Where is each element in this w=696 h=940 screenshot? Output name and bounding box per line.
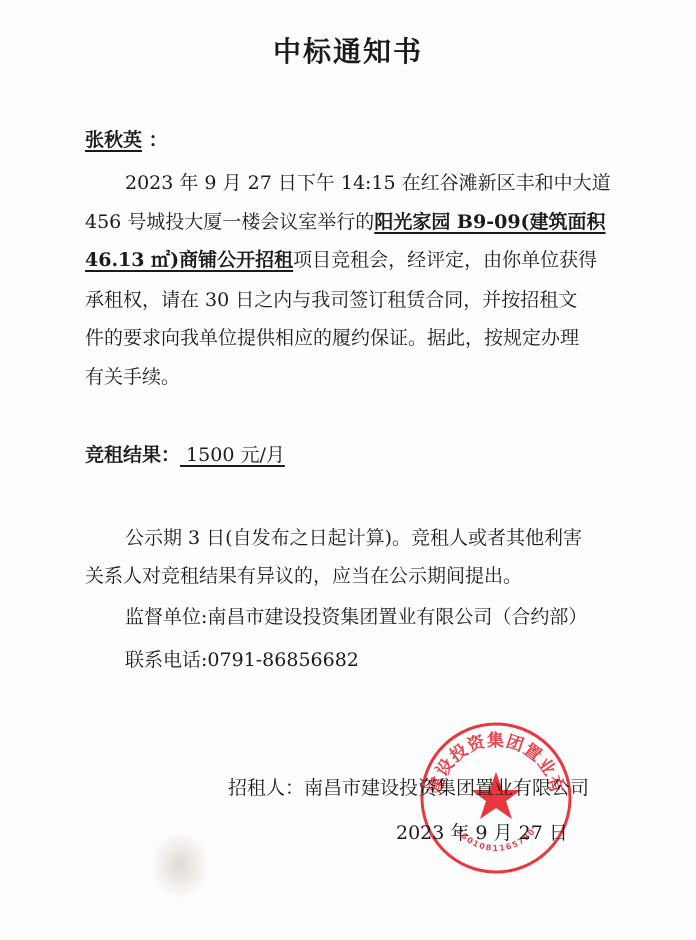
supervisor-value: 南昌市建设投资集团置业有限公司（合约部）: [207, 606, 587, 628]
contact-label: 联系电话:: [125, 649, 207, 671]
lessor-company: 南昌市建设投资集团置业有限公司: [304, 777, 589, 799]
bid-result-value: 1500 元/月: [180, 444, 285, 466]
paragraph1-line6: 有关手续。: [85, 365, 180, 389]
notice-line1: 公示期 3 日(自发布之日起计算)。竞租人或者其他利害: [125, 526, 582, 550]
paragraph1-line2: 456 号城投大厦一楼会议室举行的阳光家园 B9-09(建筑面积: [85, 210, 606, 234]
supervisor-label: 监督单位:: [125, 606, 207, 628]
paragraph1-line4: 承租权，请在 30 日之内与我司签订租赁合同，并按招租文: [85, 288, 577, 312]
project-name-part2: 46.13 ㎡): [85, 249, 179, 271]
venue-text: 456 号城投大厦一楼会议室举行的: [85, 211, 374, 233]
paragraph1-line5: 件的要求向我单位提供相应的履约保证。据此，按规定办理: [85, 326, 579, 350]
signature-date: 2023 年 9 月 27 日: [396, 818, 568, 845]
paragraph1-line1: 2023 年 9 月 27 日下午 14:15 在红谷滩新区丰和中大道: [125, 171, 611, 195]
bid-result-label: 竞租结果：: [85, 444, 180, 466]
scan-smudge: [150, 830, 210, 900]
lessor-label: 招租人：: [228, 777, 304, 799]
contact-phone: 0791-86856682: [207, 649, 358, 671]
addressee: 张秋英 ：: [85, 128, 168, 152]
project-name-part3: 商铺公开招租: [179, 249, 293, 271]
addressee-name: 张秋英: [85, 129, 142, 151]
addressee-colon: ：: [142, 129, 168, 151]
contact: 联系电话:0791-86856682: [125, 648, 359, 672]
project-name-part1: 阳光家园 B9-09(建筑面积: [374, 211, 605, 233]
notice-line2: 关系人对竞租结果有异议的，应当在公示期间提出。: [85, 564, 522, 588]
paragraph1-line3: 46.13 ㎡)商铺公开招租项目竞租会，经评定，由你单位获得: [85, 248, 597, 272]
paragraph1-line3-rest: 项目竞租会，经评定，由你单位获得: [293, 249, 597, 271]
bid-result: 竞租结果： 1500 元/月: [85, 443, 285, 467]
document-title: 中标通知书: [0, 30, 696, 70]
supervisor: 监督单位:南昌市建设投资集团置业有限公司（合约部）: [125, 605, 587, 629]
lessor-signature: 招租人：南昌市建设投资集团置业有限公司: [228, 773, 589, 800]
